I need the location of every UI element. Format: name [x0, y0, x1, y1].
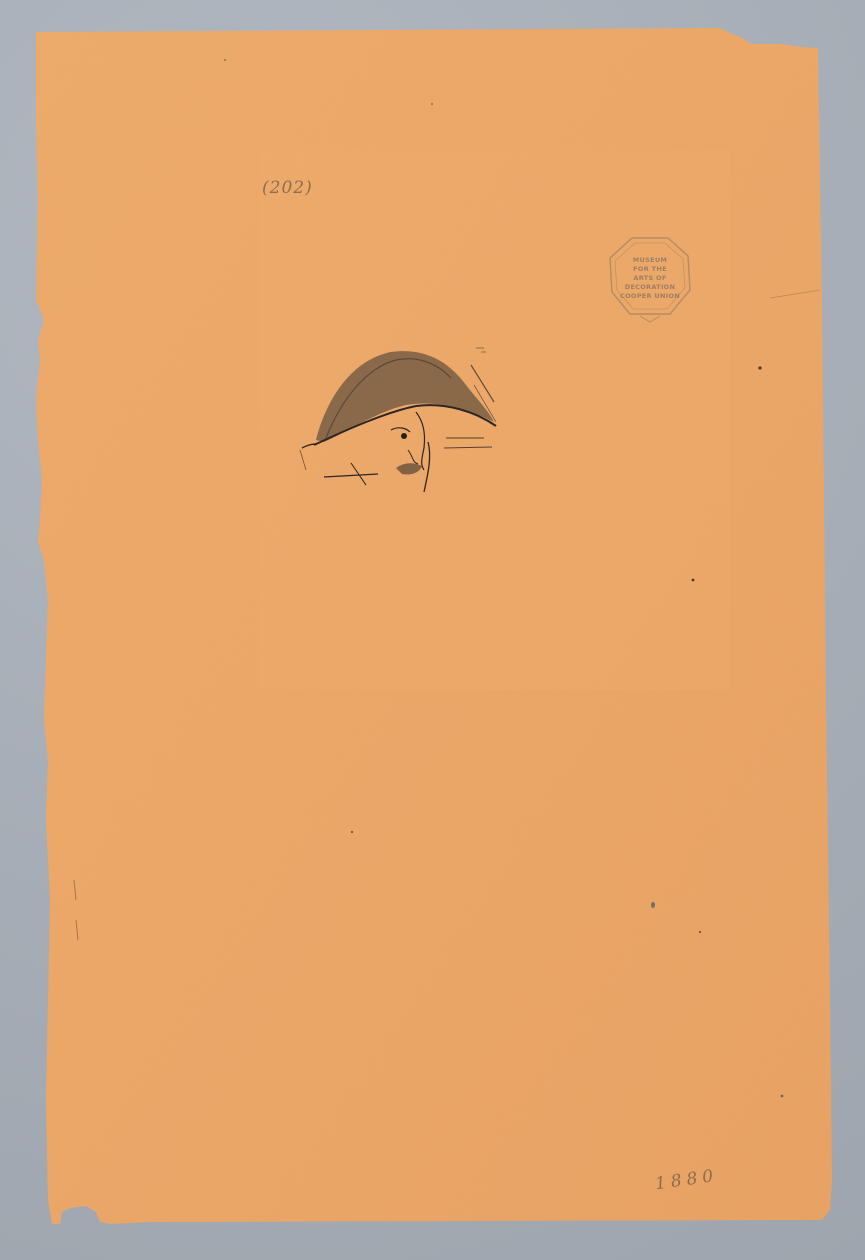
stamp-line: DECORATION [606, 283, 694, 292]
artwork-scene: MUSEUM FOR THE ARTS OF DECORATION COOPER… [0, 0, 865, 1260]
stamp-line: FOR THE [606, 265, 694, 274]
paper-sheet [0, 0, 865, 1260]
head-sketch [296, 330, 506, 505]
stamp-line: MUSEUM [606, 256, 694, 265]
museum-stamp: MUSEUM FOR THE ARTS OF DECORATION COOPER… [606, 232, 694, 324]
stamp-text: MUSEUM FOR THE ARTS OF DECORATION COOPER… [606, 256, 694, 301]
stamp-line: ARTS OF [606, 274, 694, 283]
inventory-number: (202) [262, 178, 313, 198]
stamp-line: COOPER UNION [606, 292, 694, 301]
